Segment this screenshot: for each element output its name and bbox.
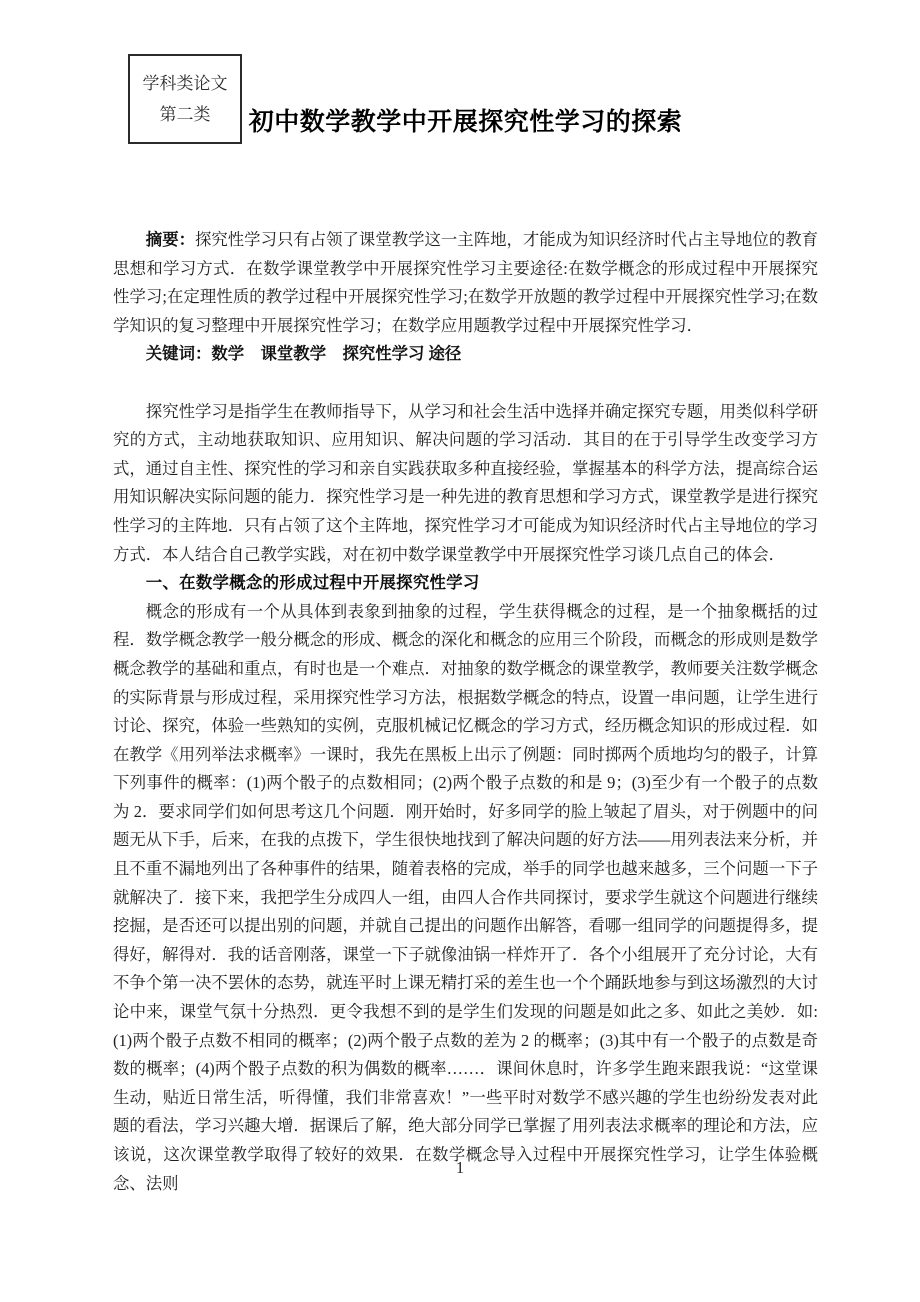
document-body: 摘要：探究性学习只有占领了课堂教学这一主阵地，才能成为知识经济时代占主导地位的教…: [113, 226, 818, 1198]
abstract-label: 摘要：: [146, 230, 195, 249]
abstract-paragraph: 摘要：探究性学习只有占领了课堂教学这一主阵地，才能成为知识经济时代占主导地位的教…: [113, 226, 818, 340]
document-page: 学科类论文 第二类 初中数学教学中开展探究性学习的探索 摘要：探究性学习只有占领…: [0, 0, 920, 1302]
keywords-text: 数学 课堂教学 探究性学习 途径: [211, 344, 461, 363]
category-label-line1: 学科类论文: [143, 68, 228, 99]
section-heading-1: 一、在数学概念的形成过程中开展探究性学习: [113, 569, 818, 598]
keywords-label: 关键词：: [146, 344, 212, 363]
abstract-text: 探究性学习只有占领了课堂教学这一主阵地，才能成为知识经济时代占主导地位的教育思想…: [113, 230, 818, 335]
paper-title: 初中数学教学中开展探究性学习的探索: [113, 104, 818, 140]
keywords-line: 关键词：数学 课堂教学 探究性学习 途径: [113, 340, 818, 369]
page-number: 1: [0, 1156, 920, 1180]
intro-paragraph: 探究性学习是指学生在教师指导下，从学习和社会生活中选择并确定探究专题，用类似科学…: [113, 398, 818, 570]
section-1-paragraph: 概念的形成有一个从具体到表象到抽象的过程，学生获得概念的过程，是一个抽象概括的过…: [113, 598, 818, 1198]
